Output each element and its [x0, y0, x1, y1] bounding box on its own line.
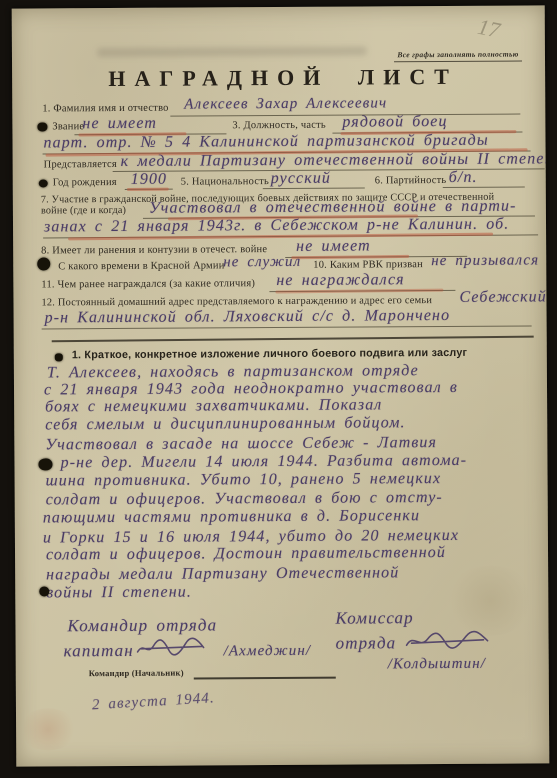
field-label-birth-year: Год рождения	[53, 177, 117, 188]
field-value-home-address: Себежский	[459, 288, 547, 307]
citation-line: боях с немецкими захватчиками. Показал	[45, 396, 382, 416]
citation-line: Участвовал в засаде на шоссе Себеж - Лат…	[45, 434, 437, 454]
commissar-title: Комиссар	[335, 608, 413, 628]
document-title: НАГРАДНОЙ ЛИСТ	[12, 63, 545, 92]
field-label-nationality: 5. Национальность	[181, 176, 269, 188]
field-value-red-army-service: не служил	[223, 254, 301, 271]
paper-stain	[18, 708, 78, 750]
ink-blot	[39, 179, 48, 187]
award-sheet-page: 17 Все графы заполнять полностью НАГРАДН…	[12, 5, 550, 766]
section-divider	[52, 336, 534, 343]
ink-blot	[37, 257, 50, 270]
field-label-rank: Звание	[52, 121, 84, 132]
field-value-position: рядовой боец	[342, 113, 447, 132]
field-label-presented-for: Представляется	[44, 159, 117, 170]
commander-title: Командир отряда	[67, 615, 217, 636]
citation-heading: 1. Краткое, конкретное изложение личного…	[72, 347, 468, 361]
commander-rank: капитан	[64, 641, 134, 661]
commissar-name: /Колдыштин/	[388, 656, 486, 674]
field-value-drafted-by: не призывался	[431, 252, 539, 270]
ink-blot	[39, 586, 49, 596]
red-underline	[275, 289, 443, 293]
field-value-name: Алексеев Захар Алексеевич	[184, 95, 387, 113]
field-label-position: 3. Должность, часть	[232, 120, 326, 132]
bleed-through-smudge	[97, 46, 367, 57]
paper-stain	[445, 565, 535, 636]
scanned-document: 17 Все графы заполнять полностью НАГРАДН…	[0, 0, 557, 778]
citation-line: себя смелым и дисциплинированным бойцом.	[45, 414, 406, 434]
ink-blot	[37, 122, 47, 131]
citation-line: награды медали Партизану Отечественной	[46, 564, 399, 584]
form-rule	[263, 187, 365, 189]
form-rule	[443, 187, 525, 189]
printed-role-label: Командир (Начальник)	[89, 668, 184, 679]
field-label-previous-awards: 11. Чем ранее награждался (за какие отли…	[41, 278, 255, 290]
commissar-signature-flourish	[403, 630, 493, 653]
field-label-red-army-service: С какого времени в Красной Армии	[58, 260, 224, 272]
field-value-party-status: б/п.	[449, 169, 478, 187]
citation-line: войны II степени.	[46, 584, 192, 603]
date-handwritten: 2 августа 1944.	[92, 690, 216, 714]
field-value-rank: не имеет	[82, 115, 157, 133]
field-label-party-status: 6. Партийность	[375, 175, 447, 186]
pencil-page-number: 17	[475, 14, 502, 44]
field-value-wounds: не имеет	[296, 237, 371, 255]
commander-signature-flourish	[136, 637, 211, 657]
citation-line: пающими частями противника в д. Борисенк…	[43, 507, 420, 527]
red-underline	[127, 188, 169, 191]
field-label-name: 1. Фамилия имя и отчество	[42, 103, 168, 115]
form-rule	[194, 677, 336, 680]
commissar-title2: отряда	[336, 633, 397, 653]
field-value-home-address-2: р-н Калининской обл. Ляховский с/с д. Ма…	[45, 307, 451, 327]
citation-line: шина противника. Убито 10, ранено 5 неме…	[46, 470, 442, 490]
field-label-drafted-by: 10. Каким РВК призван	[313, 259, 423, 271]
ink-blot	[55, 353, 63, 361]
field-value-previous-awards: не награждался	[276, 271, 404, 290]
field-label-war-participation-2: войне (где и когда)	[41, 205, 126, 217]
fill-all-fields-note: Все графы заполнять полностью	[394, 50, 522, 63]
ink-blot	[38, 458, 52, 470]
commander-name: /Ахмеджин/	[224, 643, 312, 661]
citation-line: солдат и офицеров. Достоин правительстве…	[46, 544, 446, 564]
field-value-nationality: русский	[271, 170, 331, 188]
field-value-birth-year: 1900	[131, 171, 168, 189]
citation-line: солдат и офицеров. Участвовал в бою с от…	[46, 489, 443, 509]
red-underline	[291, 255, 409, 259]
